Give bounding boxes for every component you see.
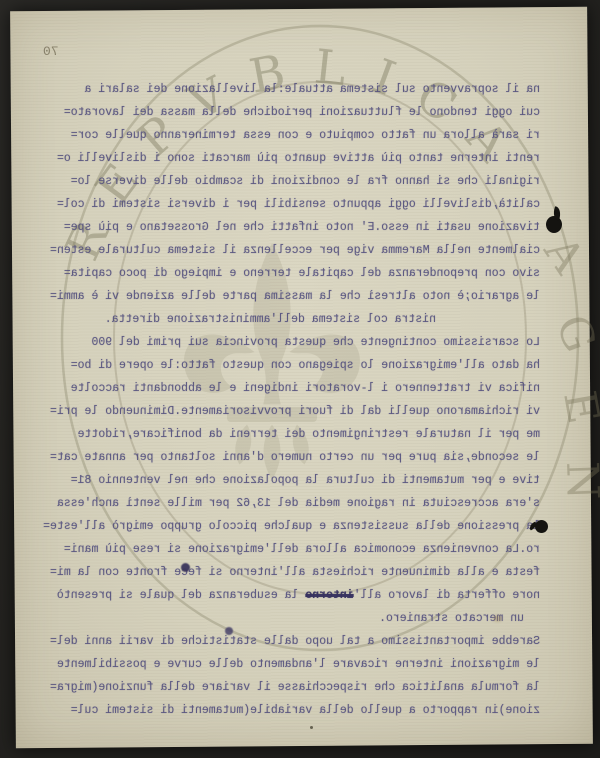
typed-line: me per il naturale restringimento dei te…	[60, 423, 540, 446]
paper-speck	[310, 726, 313, 729]
typed-line: nistra col sistema dell'amministrazione …	[60, 308, 540, 331]
ink-dot-on-line	[181, 563, 190, 572]
typed-line: festa e alla diminuente richiesta all'in…	[60, 561, 540, 584]
typed-line: vi richiamarono quelli dal di fuori prov…	[60, 400, 540, 423]
typed-line: le seconde,sia pure per un certo numero …	[60, 446, 540, 469]
typed-line: nore offerta di lavoro all'interno la es…	[60, 584, 540, 607]
ink-blot-middle-right	[535, 520, 548, 533]
typed-line: cui oggi tendono le fluttuazioni periodi…	[60, 101, 540, 124]
paragraph: na il sopravvento sul sistema attuale:la…	[60, 78, 540, 331]
typed-line: sivo con preponderanza del capitale terr…	[60, 262, 540, 285]
paragraph: Sarebbe importantissimo a tal uopo dalle…	[60, 630, 540, 722]
typed-line: tivazione usati in esso.E' noto infatti …	[60, 216, 540, 239]
ink-smudge	[225, 627, 233, 635]
paragraph: Lo scarsissimo contingente che questa pr…	[60, 331, 540, 630]
typed-line: un mercato straniero.	[60, 607, 540, 630]
typed-line: Sarebbe importantissimo a tal uopo dalle…	[60, 630, 540, 653]
typed-line: cialmente nella Maremma vige per eccelle…	[60, 239, 540, 262]
typed-line: tive e per mutamenti di cultura la popol…	[60, 469, 540, 492]
typed-line: la formula analitica che rispecchiasse i…	[60, 676, 540, 699]
typed-line: zione)in rapporto a quello della variabi…	[60, 699, 540, 722]
typed-line: riginali che si hanno fra le condizioni …	[60, 170, 540, 193]
typed-line: Lo scarsissimo contingente che questa pr…	[60, 331, 540, 354]
photo-frame: REPVBLICA A G E N na il sopravvento sul …	[0, 0, 600, 758]
typed-line: calità,dislivelli oggi appunto sensibili…	[60, 193, 540, 216]
typed-line: ha dato all'emigrazione lo spiegano con …	[60, 354, 540, 377]
typed-line: la pressione della sussistenza e qualche…	[60, 515, 540, 538]
typed-line: ri sarà allora un fatto compiuto e con e…	[60, 124, 540, 147]
paper-stain	[493, 615, 502, 622]
strikethrough-text: interno	[305, 589, 353, 602]
typed-line: renti interne tanto più attive quanto pi…	[60, 147, 540, 170]
typed-line: s'era accresciuta in ragione media del 1…	[60, 492, 540, 515]
typed-line: na il sopravvento sul sistema attuale:la…	[60, 78, 540, 101]
page-number: 70	[43, 44, 59, 59]
typed-text-layer: na il sopravvento sul sistema attuale:la…	[60, 78, 540, 722]
typed-text: nore offerta di lavoro all'	[354, 589, 540, 602]
typed-line: le migrazioni interne ricavare l'andamen…	[60, 653, 540, 676]
typed-line: nifica vi trattennero i l-voratori indig…	[60, 377, 540, 400]
typed-line: ro.La convenienza economica allora dell'…	[60, 538, 540, 561]
typed-line: le agrario;è noto altresì che la massima…	[60, 285, 540, 308]
ink-blot-top-right	[546, 216, 562, 233]
typed-text: la esuberanza del quale si presentò	[57, 589, 305, 602]
